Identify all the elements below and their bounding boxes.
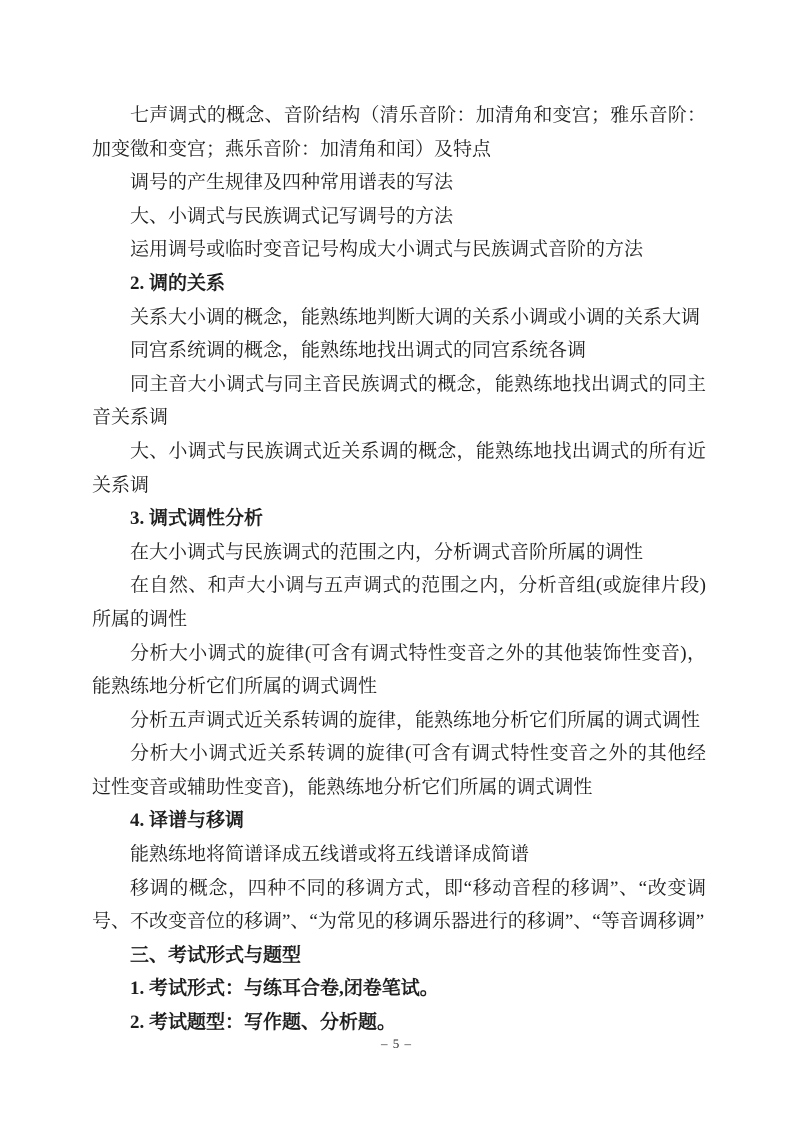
paragraph: 能熟练地将简谱译成五线谱或将五线谱译成简谱 bbox=[92, 838, 706, 872]
page-footer: – 5 – bbox=[0, 1036, 793, 1052]
paragraph: 分析五声调式近关系转调的旋律，能熟练地分析它们所属的调式调性 bbox=[92, 704, 706, 738]
paragraph: 运用调号或临时变音记号构成大小调式与民族调式音阶的方法 bbox=[92, 233, 706, 267]
paragraph: 大、小调式与民族调式记写调号的方法 bbox=[92, 200, 706, 234]
section-heading-2: 2. 调的关系 bbox=[92, 267, 706, 301]
paragraph: 移调的概念，四种不同的移调方式，即“移动音程的移调”、“改变调号、不改变音位的移… bbox=[92, 872, 706, 939]
exam-question-types-item: 2. 考试题型：写作题、分析题。 bbox=[92, 1006, 706, 1040]
section-heading-3: 3. 调式调性分析 bbox=[92, 502, 706, 536]
paragraph: 同主音大小调式与同主音民族调式的概念，能熟练地找出调式的同主音关系调 bbox=[92, 368, 706, 435]
page-number: – 5 – bbox=[381, 1036, 412, 1051]
paragraph: 在自然、和声大小调与五声调式的范围之内，分析音组(或旋律片段)所属的调性 bbox=[92, 569, 706, 636]
paragraph: 分析大小调式的旋律(可含有调式特性变音之外的其他装饰性变音)，能熟练地分析它们所… bbox=[92, 637, 706, 704]
exam-format-item: 1. 考试形式：与练耳合卷,闭卷笔试。 bbox=[92, 972, 706, 1006]
paragraph: 调号的产生规律及四种常用谱表的写法 bbox=[92, 166, 706, 200]
paragraph: 七声调式的概念、音阶结构（清乐音阶：加清角和变宫；雅乐音阶：加变徵和变宫；燕乐音… bbox=[92, 99, 706, 166]
paragraph: 大、小调式与民族调式近关系调的概念，能熟练地找出调式的所有近关系调 bbox=[92, 435, 706, 502]
document-page: { "content": { "paragraphs": [ "七声调式的概念、… bbox=[0, 0, 793, 1122]
paragraph: 关系大小调的概念，能熟练地判断大调的关系小调或小调的关系大调 bbox=[92, 301, 706, 335]
section-heading-4: 4. 译谱与移调 bbox=[92, 804, 706, 838]
paragraph: 同宫系统调的概念，能熟练地找出调式的同宫系统各调 bbox=[92, 334, 706, 368]
chapter-heading-exam-format: 三、考试形式与题型 bbox=[92, 939, 706, 973]
paragraph: 在大小调式与民族调式的范围之内，分析调式音阶所属的调性 bbox=[92, 536, 706, 570]
paragraph: 分析大小调式近关系转调的旋律(可含有调式特性变音之外的其他经过性变音或辅助性变音… bbox=[92, 737, 706, 804]
page-body: 七声调式的概念、音阶结构（清乐音阶：加清角和变宫；雅乐音阶：加变徵和变宫；燕乐音… bbox=[0, 0, 793, 1122]
